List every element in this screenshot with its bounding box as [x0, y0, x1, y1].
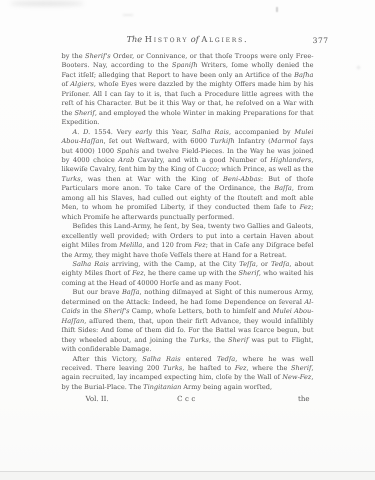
page-edge-shadow: [0, 472, 375, 480]
body-text: in the: [80, 307, 104, 315]
italic-text: Algiers: [70, 80, 94, 88]
italic-text: Spaniſh: [172, 61, 198, 69]
italic-text: Cucco: [196, 165, 217, 173]
body-text: , the: [209, 336, 228, 344]
italic-text: Fez: [300, 203, 312, 211]
italic-text: New-Fez: [282, 373, 311, 381]
body-text: by the: [62, 52, 86, 60]
body-text: , or: [256, 260, 271, 268]
italic-text: Fez: [194, 241, 206, 249]
italic-text: Salha Rais: [142, 355, 180, 363]
body-text: , where the: [246, 364, 291, 372]
body-text: , and employed the whole Winter in makin…: [62, 109, 314, 126]
page-title: The History of Algiers.: [127, 34, 249, 44]
body-text: , he there came up with the: [144, 269, 239, 277]
body-text: , he haſted to: [182, 364, 235, 372]
italic-text: Baſha: [294, 71, 313, 79]
italic-text: Sherif: [74, 109, 94, 117]
body-text: 1554. Very: [90, 128, 135, 136]
scan-speck: [276, 7, 278, 12]
italic-text: of: [188, 34, 201, 44]
body-text: , and 120 from: [142, 241, 194, 249]
italic-text: Sherif: [228, 336, 248, 344]
paragraph: by the Sherif's Order, or Connivance, or…: [62, 52, 314, 128]
body-text: , was then at War with the King of: [81, 175, 223, 183]
body-text: arriving, with the Camp, at the City: [109, 260, 239, 268]
body-text: , ſet out Weſtward, with 6000: [104, 137, 211, 145]
italic-text: early: [135, 128, 152, 136]
paragraph: Salha Rais arriving, with the Camp, at t…: [62, 260, 314, 288]
body-text: of: [62, 80, 71, 88]
italic-text: Melilla: [119, 241, 142, 249]
italic-text: Turks: [190, 336, 209, 344]
italic-text: Fez: [132, 269, 144, 277]
italic-text: Baſſa: [122, 288, 140, 296]
body-text: Army being again worſted,: [181, 383, 272, 391]
italic-text: Highlanders: [270, 156, 311, 164]
paragraph: Beſides this Land-Army, he ſent, by Sea,…: [62, 222, 314, 260]
italic-text: Fez: [235, 364, 247, 372]
body-text: this Year,: [152, 128, 192, 136]
italic-text: Spahis: [117, 147, 139, 155]
italic-text: Beni-Abbas: [223, 175, 261, 183]
running-header: The History of Algiers. 377: [62, 34, 314, 45]
italic-text: Salha Rais: [192, 128, 229, 136]
catchword: the: [298, 395, 309, 403]
page-content: The History of Algiers. 377 by the Sheri…: [0, 34, 375, 407]
body-text: Infantry (: [235, 137, 271, 145]
paragraph: But our brave Baſſa, nothing diſmayed at…: [62, 288, 314, 354]
italic-text: Teſſa: [239, 260, 256, 268]
italic-text: Turks: [62, 175, 81, 183]
italic-text: Turks: [163, 364, 182, 372]
body-text: Cavalry, and with a good Number of: [134, 156, 270, 164]
italic-text: Sherif: [239, 269, 259, 277]
scanned-page: The History of Algiers. 377 by the Sheri…: [0, 0, 375, 480]
italic-text: Arab: [118, 156, 134, 164]
italic-text: Sherif's: [104, 307, 130, 315]
italic-text: Tedſa: [217, 355, 235, 363]
paragraph: After this Victory, Salha Rais entered T…: [62, 355, 314, 393]
scan-speck: [123, 14, 133, 16]
small-caps-text: Algiers.: [201, 34, 248, 44]
body-text: After this Victory,: [73, 355, 143, 363]
paragraph: A. D. 1554. Very early this Year, Salha …: [62, 128, 314, 223]
page-body: by the Sherif's Order, or Connivance, or…: [62, 52, 314, 392]
italic-text: The: [127, 34, 145, 44]
body-text: entered: [181, 355, 217, 363]
italic-text: Tingitanian: [143, 383, 181, 391]
body-text: But our brave: [73, 288, 122, 296]
italic-text: Salha Rais: [73, 260, 109, 268]
italic-text: Tedſa: [271, 260, 289, 268]
volume-label: Vol. II.: [86, 395, 109, 403]
italic-text: A. D.: [73, 128, 91, 136]
italic-text: Baſſa: [274, 184, 292, 192]
italic-text: Marmol: [271, 137, 297, 145]
italic-text: Sherif: [291, 364, 311, 372]
signature-mark: Ccc: [177, 395, 198, 403]
body-text: ; which Prince, as well as the: [217, 165, 313, 173]
page-footer: Vol. II. Ccc the: [62, 395, 314, 407]
scan-smudge: [10, 1, 84, 6]
small-caps-text: History: [145, 34, 188, 44]
italic-text: Sherif's: [85, 52, 111, 60]
body-text: , accompanied by: [229, 128, 294, 136]
body-text: Camp, whoſe Letters, both to himſelf and: [130, 307, 273, 315]
page-number: 377: [313, 35, 329, 46]
italic-text: Turkiſh: [210, 137, 235, 145]
